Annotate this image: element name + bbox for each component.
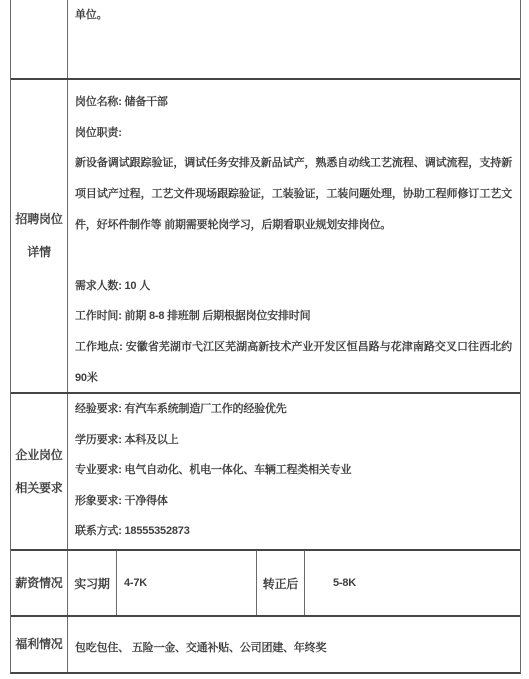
headcount-text: 需求人数: 10 人 xyxy=(75,271,512,302)
salary-internship-label: 实习期 xyxy=(67,551,116,615)
work-hours-text: 工作时间: 前期 8-8 排班制 后期根据岗位安排时间 xyxy=(75,301,512,332)
work-location-text: 工作地点: 安徽省芜湖市弋江区芜湖高新技术产业开发区恒昌路与花津南路交叉口往西北… xyxy=(75,332,512,392)
job-title-text: 岗位名称: 储备干部 xyxy=(75,87,512,118)
welfare-text: 包吃包住、 五险一金、交通补贴、公司团建、年终奖 xyxy=(75,633,326,664)
job-duty-heading: 岗位职责: xyxy=(75,118,512,149)
requirements-content-cell: 经验要求: 有汽车系统制造厂工作的经验优先 学历要求: 本科及以上 专业要求: … xyxy=(67,394,520,549)
salary-regular-value: 5-8K xyxy=(304,551,520,615)
paragraph-spacer xyxy=(75,241,512,271)
table-row-welfare: 福利情况 包吃包住、 五险一金、交通补贴、公司团建、年终奖 xyxy=(11,615,520,672)
row-label-empty xyxy=(11,0,67,78)
row-label-salary: 薪资情况 xyxy=(11,551,67,615)
welfare-content-cell: 包吃包住、 五险一金、交通补贴、公司团建、年终奖 xyxy=(67,617,520,672)
job-duty-text: 新设备调试跟踪验证，调试任务安排及新品试产，熟悉自动线工艺流程、调试流程，支持新… xyxy=(75,148,512,240)
education-requirement-text: 学历要求: 本科及以上 xyxy=(75,425,512,456)
row-label-requirements: 企业岗位 相关要求 xyxy=(11,394,67,549)
table-row-continuation: 单位。 xyxy=(11,0,520,78)
experience-requirement-text: 经验要求: 有汽车系统制造厂工作的经验优先 xyxy=(75,394,512,425)
table-row-requirements: 企业岗位 相关要求 经验要求: 有汽车系统制造厂工作的经验优先 学历要求: 本科… xyxy=(11,392,520,549)
row-label-job-details: 招聘岗位 详情 xyxy=(11,80,67,392)
recruitment-info-table: 单位。 招聘岗位 详情 岗位名称: 储备干部 岗位职责: 新设备调试跟踪验证，调… xyxy=(10,0,521,674)
contact-phone-text: 联系方式: 18555352873 xyxy=(75,516,512,547)
major-requirement-text: 专业要求: 电气自动化、机电一体化、车辆工程类相关专业 xyxy=(75,455,512,486)
continuation-content-cell: 单位。 xyxy=(67,0,520,78)
table-row-salary: 薪资情况 实习期 4-7K 转正后 5-8K xyxy=(11,549,520,615)
salary-internship-value: 4-7K xyxy=(116,551,256,615)
table-row-job-details: 招聘岗位 详情 岗位名称: 储备干部 岗位职责: 新设备调试跟踪验证，调试任务安… xyxy=(11,78,520,392)
row-label-welfare: 福利情况 xyxy=(11,617,67,672)
appearance-requirement-text: 形象要求: 干净得体 xyxy=(75,486,512,517)
document-page: 单位。 招聘岗位 详情 岗位名称: 储备干部 岗位职责: 新设备调试跟踪验证，调… xyxy=(0,0,529,679)
job-details-content-cell: 岗位名称: 储备干部 岗位职责: 新设备调试跟踪验证，调试任务安排及新品试产，熟… xyxy=(67,80,520,392)
salary-regular-label: 转正后 xyxy=(256,551,304,615)
continuation-text: 单位。 xyxy=(75,0,512,31)
